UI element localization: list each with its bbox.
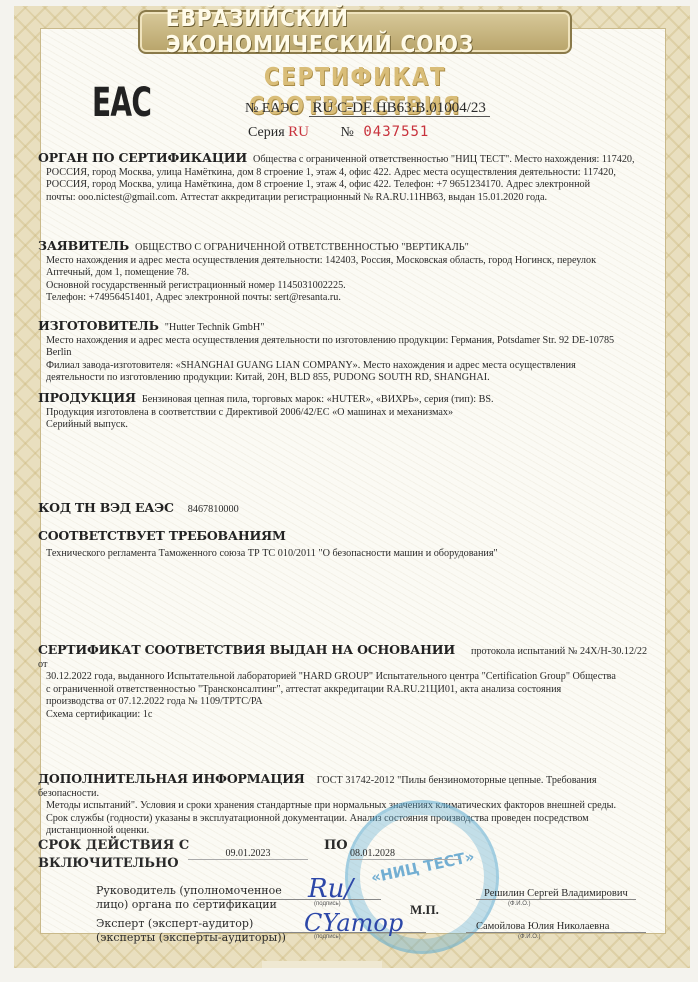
section-line: дистанционной оценки.: [46, 825, 658, 838]
name-line: [466, 932, 646, 933]
form-number-value: 0437551: [363, 124, 429, 140]
certificate-number-value: RU С-DE.НВ63.В.01004/23: [309, 100, 490, 117]
section-heading: ПРОДУКЦИЯ: [38, 390, 136, 405]
section-line: Berlin: [46, 347, 658, 360]
signature-head-scribble-icon: Ru/: [308, 874, 353, 904]
validity-inclusive-label: ВКЛЮЧИТЕЛЬНО: [38, 856, 179, 871]
section-line: Методы испытаний". Условия и сроки хране…: [46, 800, 658, 813]
section-product: ПРОДУКЦИЯБензиновая цепная пила, торговы…: [38, 392, 658, 432]
certificate-number-label: № ЕАЭС: [245, 101, 299, 116]
series-label: Серия: [248, 125, 285, 140]
signature-line: [196, 899, 381, 900]
series-block: Серия RU № 0437551: [248, 124, 429, 141]
signature-label-line: (эксперты (эксперты-аудиторы)): [96, 931, 286, 945]
section-line: РОССИЯ, город Москва, улица Намёткина, д…: [46, 167, 658, 180]
signature-expert-scribble-icon: CYamop: [304, 909, 403, 937]
certificate-number: № ЕАЭС RU С-DE.НВ63.В.01004/23: [245, 100, 490, 117]
section-tn-ved: КОД ТН ВЭД ЕАЭС8467810000: [38, 502, 658, 517]
section-line: Место нахождения и адрес места осуществл…: [46, 255, 658, 268]
series-value: RU: [288, 124, 309, 140]
eac-logo-icon: EAC: [92, 80, 151, 126]
form-number-label: №: [341, 125, 354, 140]
seal-place-label: М.П.: [410, 902, 439, 918]
section-line: Серийный выпуск.: [46, 419, 658, 432]
section-certification-body: ОРГАН ПО СЕРТИФИКАЦИИОбщества с ограниче…: [38, 152, 658, 204]
signature-caption: (подпись): [314, 934, 341, 940]
tn-ved-code: 8467810000: [188, 504, 239, 515]
signature-caption: (подпись): [314, 901, 341, 907]
section-heading: КОД ТН ВЭД ЕАЭС: [38, 500, 174, 515]
signature-head-name: Решилин Сергей Владимирович: [484, 888, 628, 899]
section-line: Аптечный, дом 1, помещение 78.: [46, 267, 658, 280]
name-caption: (Ф.И.О.): [508, 901, 531, 907]
section-lead: "Hutter Technik GmbH": [165, 322, 265, 333]
section-heading: ЗАЯВИТЕЛЬ: [38, 238, 129, 253]
union-banner: ЕВРАЗИЙСКИЙ ЭКОНОМИЧЕСКИЙ СОЮЗ: [138, 10, 572, 54]
section-heading: СООТВЕТСТВУЕТ ТРЕБОВАНИЯМ: [38, 528, 286, 543]
signature-label-line: Руководитель (уполномоченное: [96, 884, 286, 898]
signature-head-label: Руководитель (уполномоченное лицо) орган…: [96, 884, 286, 912]
section-heading: ОРГАН ПО СЕРТИФИКАЦИИ: [38, 150, 247, 165]
validity-from-label: СРОК ДЕЙСТВИЯ С: [38, 838, 189, 853]
validity-period: СРОК ДЕЙСТВИЯ С 09.01.2023 ПО 08.01.2028…: [38, 838, 658, 878]
signature-expert-name: Самойлова Юлия Николаевна: [476, 921, 609, 932]
section-line: РОССИЯ, город Москва, улица Намёткина, д…: [46, 179, 658, 192]
union-banner-text: ЕВРАЗИЙСКИЙ ЭКОНОМИЧЕСКИЙ СОЮЗ: [166, 6, 544, 58]
section-additional-info: ДОПОЛНИТЕЛЬНАЯ ИНФОРМАЦИЯГОСТ 31742-2012…: [38, 773, 658, 838]
section-line: почты: ooo.nictest@gmail.com. Аттестат а…: [46, 192, 658, 205]
name-caption: (Ф.И.О.): [518, 934, 541, 940]
printer-imprint-strip: [262, 961, 382, 968]
section-line: Филиал завода-изготовителя: «SHANGHAI GU…: [46, 360, 658, 373]
section-line: Схема сертификации: 1с: [46, 709, 658, 722]
validity-to-label: ПО: [324, 838, 348, 853]
section-lead: Общества с ограниченной ответственностью…: [253, 154, 635, 165]
signature-expert-label: Эксперт (эксперт-аудитор) (эксперты (экс…: [96, 917, 286, 945]
name-line: [476, 899, 636, 900]
section-manufacturer: ИЗГОТОВИТЕЛЬ"Hutter Technik GmbH" Место …: [38, 320, 658, 385]
section-applicant: ЗАЯВИТЕЛЬОБЩЕСТВО С ОГРАНИЧЕННОЙ ОТВЕТСТ…: [38, 240, 658, 305]
validity-to-date: 08.01.2028: [350, 848, 460, 860]
section-line: деятельности по изготовлению продукции: …: [46, 372, 658, 385]
section-line: с ограниченной ответственностью "Транско…: [46, 684, 658, 697]
section-issued-basis: СЕРТИФИКАТ СООТВЕТСТВИЯ ВЫДАН НА ОСНОВАН…: [38, 644, 658, 721]
section-line: 30.12.2022 года, выданного Испытательной…: [46, 671, 658, 684]
section-line: Технического регламента Таможенного союз…: [46, 548, 658, 561]
signature-label-line: Эксперт (эксперт-аудитор): [96, 917, 286, 931]
section-line: производства от 07.12.2022 года № 1109/Т…: [46, 696, 658, 709]
section-heading: ДОПОЛНИТЕЛЬНАЯ ИНФОРМАЦИЯ: [38, 771, 305, 786]
section-line: Место нахождения и адрес места осуществл…: [46, 335, 658, 348]
section-lead: Бензиновая цепная пила, торговых марок: …: [142, 394, 494, 405]
section-requirements: СООТВЕТСТВУЕТ ТРЕБОВАНИЯМ Технического р…: [38, 530, 658, 560]
section-heading: ИЗГОТОВИТЕЛЬ: [38, 318, 159, 333]
section-line: Телефон: +74956451401, Адрес электронной…: [46, 292, 658, 305]
section-line: Продукция изготовлена в соответствии с Д…: [46, 407, 658, 420]
signature-label-line: лицо) органа по сертификации: [96, 898, 286, 912]
section-line: Срок службы (годности) указаны в эксплуа…: [46, 813, 658, 826]
section-lead: ОБЩЕСТВО С ОГРАНИЧЕННОЙ ОТВЕТСТВЕННОСТЬЮ…: [135, 242, 469, 253]
section-heading: СЕРТИФИКАТ СООТВЕТСТВИЯ ВЫДАН НА ОСНОВАН…: [38, 642, 455, 657]
section-line: Основной государственный регистрационный…: [46, 280, 658, 293]
validity-from-date: 09.01.2023: [188, 848, 308, 860]
